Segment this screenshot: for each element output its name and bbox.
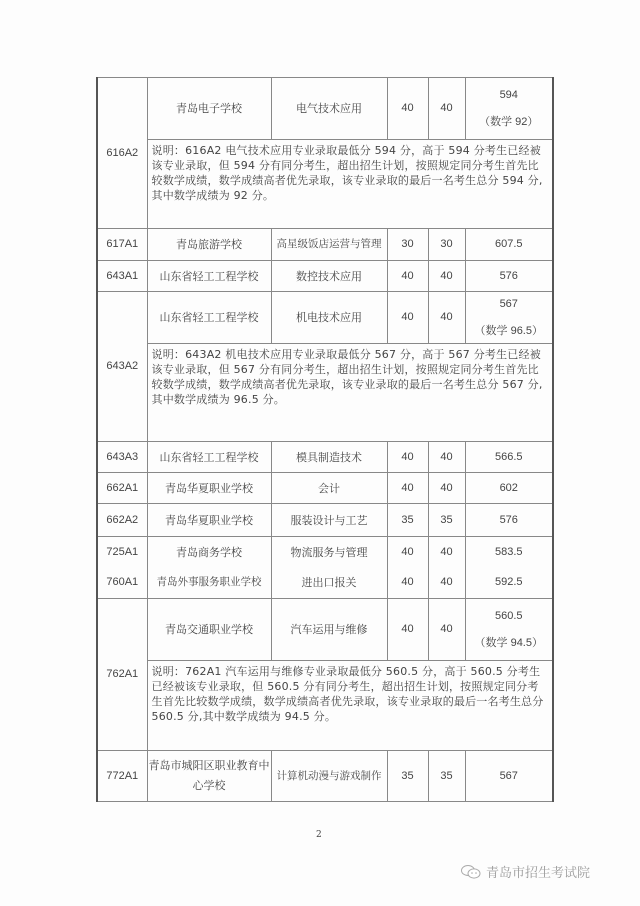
major-cell: 进出口报关 — [271, 568, 387, 599]
code-cell: 643A1 — [97, 261, 147, 292]
table-note-row: 说明：616A2 电气技术应用专业录取最低分 594 分，高于 594 分考生已… — [97, 140, 553, 229]
admitted-cell: 40 — [428, 78, 465, 140]
document-page: 616A2 青岛电子学校 电气技术应用 40 40 594 （数学 92） 说明… — [0, 0, 640, 906]
code-cell: 662A1 — [97, 473, 147, 504]
plan-cell: 40 — [387, 568, 428, 599]
code-cell: 662A2 — [97, 504, 147, 537]
admission-table: 616A2 青岛电子学校 电气技术应用 40 40 594 （数学 92） 说明… — [96, 77, 554, 802]
plan-cell: 40 — [387, 261, 428, 292]
school-cell: 山东省轻工工程学校 — [147, 261, 271, 292]
score-cell: 602 — [465, 473, 553, 504]
plan-cell: 40 — [387, 292, 428, 344]
score-value: 594 — [466, 88, 553, 103]
major-cell: 服装设计与工艺 — [271, 504, 387, 537]
table-row: 725A1 青岛商务学校 物流服务与管理 40 40 583.5 — [97, 537, 553, 568]
score-cell: 594 （数学 92） — [465, 78, 553, 140]
score-cell: 567 （数学 96.5） — [465, 292, 553, 344]
code-cell: 616A2 — [97, 78, 147, 229]
school-cell: 青岛电子学校 — [147, 78, 271, 140]
school-cell: 青岛交通职业学校 — [147, 599, 271, 661]
plan-cell: 35 — [387, 504, 428, 537]
plan-cell: 40 — [387, 537, 428, 568]
admitted-cell: 40 — [428, 442, 465, 473]
score-math: （数学 96.5） — [466, 324, 553, 339]
plan-cell: 35 — [387, 751, 428, 802]
plan-cell: 40 — [387, 442, 428, 473]
score-cell: 576 — [465, 504, 553, 537]
watermark: 青岛市招生考试院 — [460, 862, 590, 881]
school-cell: 青岛商务学校 — [147, 537, 271, 568]
admitted-cell: 40 — [428, 599, 465, 661]
major-cell: 模具制造技术 — [271, 442, 387, 473]
code-cell: 772A1 — [97, 751, 147, 802]
school-cell: 青岛外事服务职业学校 — [147, 568, 271, 599]
score-cell: 566.5 — [465, 442, 553, 473]
score-cell: 583.5 — [465, 537, 553, 568]
school-cell: 山东省轻工工程学校 — [147, 292, 271, 344]
plan-cell: 40 — [387, 78, 428, 140]
code-cell: 762A1 — [97, 599, 147, 751]
school-cell: 青岛旅游学校 — [147, 229, 271, 261]
major-cell: 机电技术应用 — [271, 292, 387, 344]
table-row: 617A1 青岛旅游学校 高星级饭店运营与管理 30 30 607.5 — [97, 229, 553, 261]
watermark-text: 青岛市招生考试院 — [486, 862, 590, 881]
table-row: 662A1 青岛华夏职业学校 会计 40 40 602 — [97, 473, 553, 504]
page-number: 2 — [316, 830, 322, 840]
table-row: 643A3 山东省轻工工程学校 模具制造技术 40 40 566.5 — [97, 442, 553, 473]
admitted-cell: 35 — [428, 751, 465, 802]
score-value: 560.5 — [466, 609, 553, 624]
admitted-cell: 40 — [428, 292, 465, 344]
table-row: 616A2 青岛电子学校 电气技术应用 40 40 594 （数学 92） — [97, 78, 553, 140]
table-note-row: 说明：762A1 汽车运用与维修专业录取最低分 560.5 分，高于 560.5… — [97, 661, 553, 751]
table-row: 760A1 青岛外事服务职业学校 进出口报关 40 40 592.5 — [97, 568, 553, 599]
note-cell: 说明：643A2 机电技术应用专业录取最低分 567 分，高于 567 分考生已… — [147, 344, 553, 442]
school-cell: 山东省轻工工程学校 — [147, 442, 271, 473]
plan-cell: 30 — [387, 229, 428, 261]
school-cell: 青岛华夏职业学校 — [147, 504, 271, 537]
score-cell: 576 — [465, 261, 553, 292]
code-cell: 760A1 — [97, 568, 147, 599]
code-cell: 643A3 — [97, 442, 147, 473]
plan-cell: 40 — [387, 599, 428, 661]
major-cell: 高星级饭店运营与管理 — [271, 229, 387, 261]
table-note-row: 说明：643A2 机电技术应用专业录取最低分 567 分，高于 567 分考生已… — [97, 344, 553, 442]
score-cell: 592.5 — [465, 568, 553, 599]
admitted-cell: 40 — [428, 537, 465, 568]
plan-cell: 40 — [387, 473, 428, 504]
major-cell: 物流服务与管理 — [271, 537, 387, 568]
score-cell: 560.5 （数学 94.5） — [465, 599, 553, 661]
code-cell: 617A1 — [97, 229, 147, 261]
admitted-cell: 40 — [428, 261, 465, 292]
note-cell: 说明：762A1 汽车运用与维修专业录取最低分 560.5 分，高于 560.5… — [147, 661, 553, 751]
table-row: 662A2 青岛华夏职业学校 服装设计与工艺 35 35 576 — [97, 504, 553, 537]
admitted-cell: 40 — [428, 568, 465, 599]
major-cell: 计算机动漫与游戏制作 — [271, 751, 387, 802]
table-row: 643A1 山东省轻工工程学校 数控技术应用 40 40 576 — [97, 261, 553, 292]
admitted-cell: 35 — [428, 504, 465, 537]
score-math: （数学 94.5） — [466, 636, 553, 651]
wechat-icon — [460, 864, 482, 880]
admitted-cell: 40 — [428, 473, 465, 504]
table-row: 772A1 青岛市城阳区职业教育中心学校 计算机动漫与游戏制作 35 35 56… — [97, 751, 553, 802]
score-math: （数学 92） — [466, 115, 553, 130]
major-cell: 电气技术应用 — [271, 78, 387, 140]
score-cell: 567 — [465, 751, 553, 802]
score-value: 567 — [466, 297, 553, 312]
admitted-cell: 30 — [428, 229, 465, 261]
school-cell: 青岛华夏职业学校 — [147, 473, 271, 504]
major-cell: 汽车运用与维修 — [271, 599, 387, 661]
score-cell: 607.5 — [465, 229, 553, 261]
major-cell: 会计 — [271, 473, 387, 504]
code-cell: 643A2 — [97, 292, 147, 442]
school-cell: 青岛市城阳区职业教育中心学校 — [147, 751, 271, 802]
note-cell: 说明：616A2 电气技术应用专业录取最低分 594 分，高于 594 分考生已… — [147, 140, 553, 229]
major-cell: 数控技术应用 — [271, 261, 387, 292]
table-row: 762A1 青岛交通职业学校 汽车运用与维修 40 40 560.5 （数学 9… — [97, 599, 553, 661]
code-cell: 725A1 — [97, 537, 147, 568]
table-row: 643A2 山东省轻工工程学校 机电技术应用 40 40 567 （数学 96.… — [97, 292, 553, 344]
